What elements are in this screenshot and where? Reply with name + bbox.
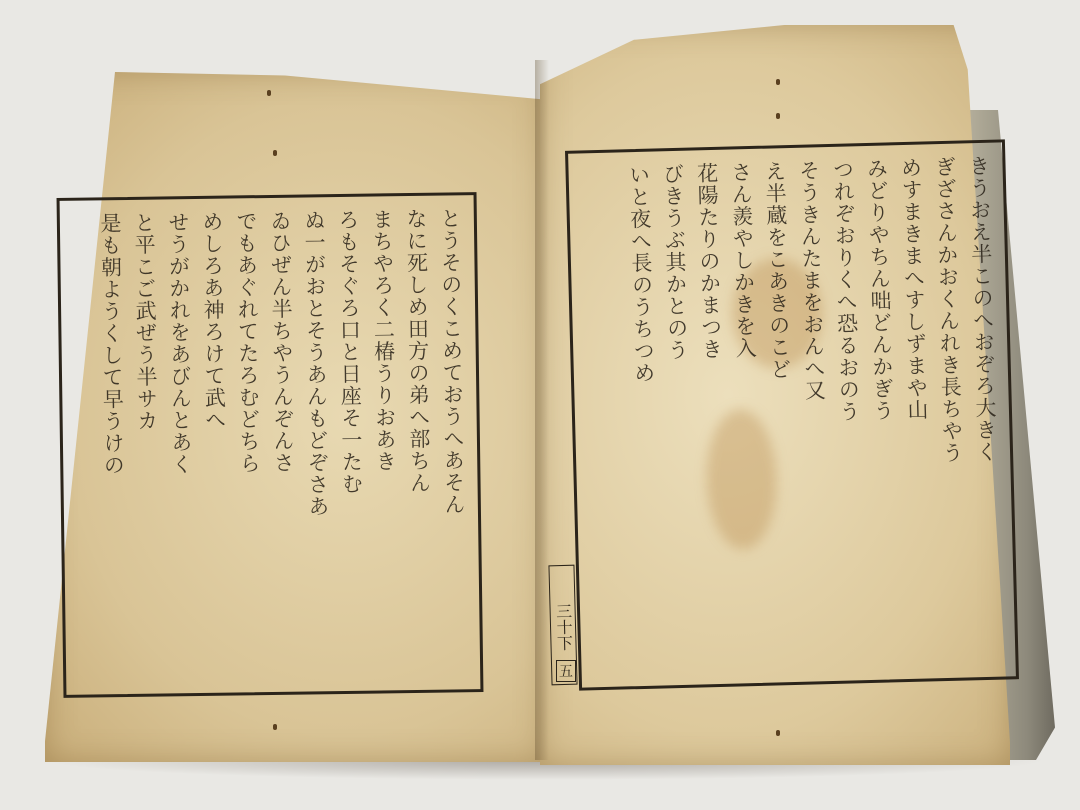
worm-hole: [776, 113, 780, 119]
folio-number: 五: [556, 660, 576, 682]
worm-hole: [267, 90, 271, 96]
text-column: せうがかれをあびんとあく: [164, 211, 199, 681]
text-column: ゐひぜん半ちやうんぞんさ: [266, 210, 301, 680]
text-column: とうそのくこめておうへあそん: [436, 207, 471, 677]
text-column: ぬ一がおとそうあんもどぞさあ: [300, 209, 335, 679]
worm-hole: [273, 724, 277, 730]
text-column: きうおえ半このへおぞろ大きく: [964, 155, 1005, 666]
worm-hole: [776, 79, 780, 85]
worm-hole: [273, 150, 277, 156]
text-column: でもあぐれてたろむどちら: [232, 210, 267, 680]
text-column: 是も朝ようくして早うけの: [96, 212, 131, 682]
book-spine-gutter: [535, 60, 549, 760]
text-column: なに死しめ田方の弟へ部ちん: [402, 208, 437, 678]
right-text-frame: きうおえ半このへおぞろ大きく ぎざさんかおくんれき長ちやう めすまきまへすしずま…: [565, 139, 1019, 690]
text-column: まちやろく二椿うりおあき: [368, 208, 403, 678]
right-text-columns: きうおえ半このへおぞろ大きく ぎざさんかおくんれき長ちやう めすまきまへすしずま…: [578, 155, 1005, 676]
text-column: ろもそぐろ口と日座そ一たむ: [334, 209, 369, 679]
left-text-columns: とうそのくこめておうへあそん なに死しめ田方の弟へ部ちん まちやろく二椿うりおあ…: [70, 207, 471, 682]
text-column: と平こご武ぜう半サカ: [130, 212, 165, 682]
text-column: めしろあ神ろけて武へ: [198, 211, 233, 681]
left-text-frame: とうそのくこめておうへあそん なに死しめ田方の弟へ部ちん まちやろく二椿うりおあ…: [57, 192, 484, 698]
worm-hole: [776, 730, 780, 736]
